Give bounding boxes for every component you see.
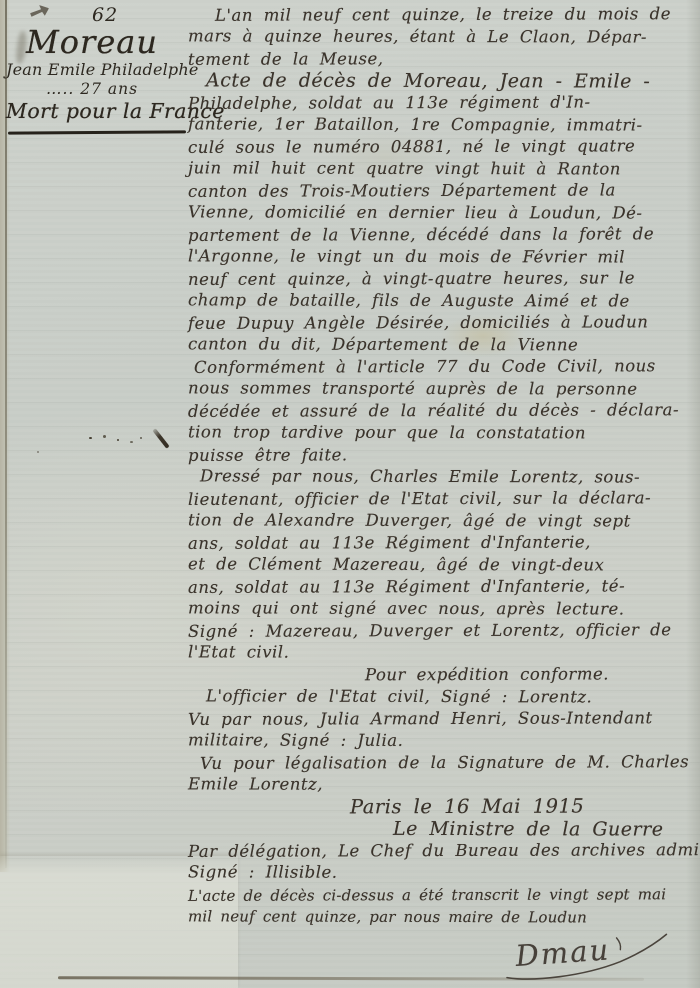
act-line: canton du dit, Département de la Vienne [188,333,700,356]
act-line: Conformément à l'article 77 du Code Civi… [188,355,700,379]
act-line: canton des Trois-Moutiers Département de… [188,179,700,203]
act-line: tion trop tardive pour que la constatati… [188,421,700,444]
ink-speck [103,435,106,438]
margin-underline-rule [8,130,186,134]
act-line: Dressé par nous, Charles Emile Lorentz, … [188,465,700,488]
act-line: culé sous le numéro 04881, né le vingt q… [188,135,700,159]
act-line: Pour expédition conforme. [188,663,700,687]
act-line: tion de Alexandre Duverger, âgé de vingt… [188,509,700,532]
act-line: Vu par nous, Julia Armand Henri, Sous-In… [188,707,700,731]
act-line: juin mil huit cent quatre vingt huit à R… [188,157,700,180]
mayor-signature: Dmau [500,928,673,988]
act-line: décédée et assuré de la réalité du décès… [188,399,700,423]
ink-speck [140,437,142,439]
act-line: l'Etat civil. [188,641,700,664]
ink-speck [89,437,92,439]
act-line: militaire, Signé : Julia. [188,729,700,752]
act-line: tement de la Meuse, [188,47,700,71]
deceased-given-names: Jean Emile Philadelphe [6,59,190,80]
act-line: Philadelphe, soldat au 113e régiment d'I… [188,91,700,115]
act-text: L'an mil neuf cent quinze, le treize du … [188,4,700,928]
act-line: lieutenant, officier de l'Etat civil, su… [188,487,700,511]
deceased-surname: Moreau [26,26,190,59]
act-line: mars à quinze heures, étant à Le Claon, … [188,25,700,48]
act-line: et de Clément Mazereau, âgé de vingt-deu… [188,553,700,576]
act-line: L'an mil neuf cent quinze, le treize du … [188,3,700,27]
ink-speck [130,441,133,443]
act-line: Par délégation, Le Chef du Bureau des ar… [188,839,700,863]
act-line: ans, soldat au 113e Régiment d'Infanteri… [188,531,700,555]
register-page-scan: 62 Moreau Jean Emile Philadelphe ….. 27 … [0,0,700,988]
act-line: Vu pour légalisation de la Signature de … [188,751,700,775]
act-line-date-paris: Paris le 16 Mai 1915 [188,795,700,819]
signature-flourish-icon [500,928,673,988]
act-line: nous sommes transporté auprès de la pers… [188,377,700,400]
act-line: moins qui ont signé avec nous, après lec… [188,597,700,620]
act-line: feue Dupuy Angèle Désirée, domiciliés à … [188,311,700,335]
act-line: fanterie, 1er Bataillon, 1re Compagnie, … [188,113,700,136]
act-line-transcription: mil neuf cent quinze, par nous maire de … [188,905,700,928]
margin-annotations: 62 Moreau Jean Emile Philadelphe ….. 27 … [6,4,190,134]
act-line: Vienne, domicilié en dernier lieu à Loud… [188,201,700,224]
act-line-ministre: Le Ministre de la Guerre [188,817,700,840]
act-line: Signé : Mazereau, Duverger et Lorentz, o… [188,619,700,643]
deceased-age: ….. 27 ans [46,80,190,99]
ink-speck [37,451,39,453]
ink-speck [117,439,119,441]
act-line: neuf cent quinze, à vingt-quatre heures,… [188,267,700,291]
act-line-transcription: L'acte de décès ci-dessus a été transcri… [188,883,700,907]
act-line: partement de la Vienne, décédé dans la f… [188,223,700,247]
act-line: champ de bataille, fils de Auguste Aimé … [188,289,700,312]
act-line: Emile Lorentz, [188,773,700,796]
act-line: ans, soldat au 113e Régiment d'Infanteri… [188,575,700,599]
mention-mort-pour-la-france: Mort pour la France [6,99,190,124]
act-line: puisse être faite. [188,443,700,467]
act-line: Signé : Illisible. [188,861,700,884]
act-line: l'Argonne, le vingt un du mois de Févrie… [188,245,700,268]
act-line: L'officier de l'Etat civil, Signé : Lore… [188,685,700,708]
ink-stroke-mark [152,428,169,449]
act-line: Acte de décès de Moreau, Jean - Emile - [188,69,700,92]
